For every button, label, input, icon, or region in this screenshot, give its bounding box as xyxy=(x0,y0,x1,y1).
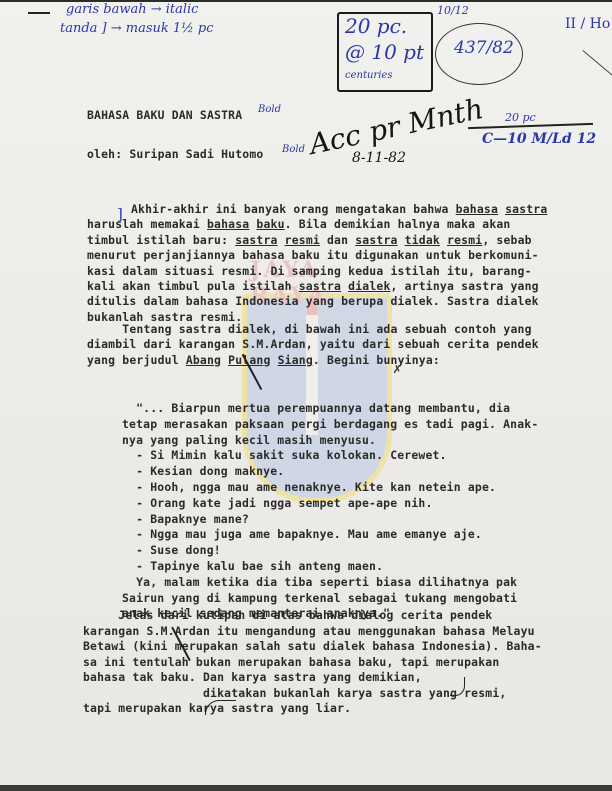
note-bracket-indent: tanda ] → masuk 1½ pc xyxy=(60,21,214,36)
text-line: - Ngga mau juga ame bapaknye. Mau ame em… xyxy=(122,527,482,541)
title-bold-note: Bold xyxy=(258,104,281,115)
text-line: - Suse dong! xyxy=(122,543,221,557)
text-line: - Tapinye kalu bae sih anteng maen. xyxy=(122,559,383,573)
text-line: Jelas dari kutipan di atas bahwa dialog … xyxy=(83,608,492,622)
text-line: sa ini tentulah bukan merupakan bahasa b… xyxy=(83,655,499,669)
underlined-term: resmi xyxy=(447,233,482,247)
correction-cross: ✗ xyxy=(393,361,401,377)
text-line: haruslah memakai bahasa baku. Bila demik… xyxy=(87,217,511,231)
underlined-term: bahasa xyxy=(207,217,249,231)
underlined-term: resmi xyxy=(285,233,320,247)
document-title: BAHASA BAKU DAN SASTRA xyxy=(87,108,242,122)
box-note-line1: 20 pc. xyxy=(345,14,407,38)
text-line: - Kesian dong maknye. xyxy=(122,464,284,478)
approval-date: 8-11-82 xyxy=(352,150,406,166)
text-line: bahasa tak baku. Dan karya sastra yang d… xyxy=(83,670,422,684)
text-line: Ya, malam ketika dia tiba seperti biasa … xyxy=(122,575,517,589)
underlined-term: baku xyxy=(256,217,284,231)
dash-mark xyxy=(28,12,50,14)
spec-top: 20 pc xyxy=(505,111,536,124)
text-line: timbul istilah baru: sastra resmi dan sa… xyxy=(87,233,532,247)
underlined-term: sastra xyxy=(505,202,547,216)
text-line: - Orang kate jadi ngga sempet ape-ape ni… xyxy=(122,496,433,510)
move-mark-open xyxy=(205,700,236,715)
text-line: yang berjudul Abang Pulang Siang. Begini… xyxy=(87,353,440,367)
note-underline-italic: garis bawah → italic xyxy=(66,2,198,17)
text-line: ditulis dalam bahasa Indonesia yang beru… xyxy=(87,294,539,308)
underlined-term: sastra xyxy=(299,279,341,293)
text-line: dikatakan bukanlah karya sastra yang res… xyxy=(83,686,506,700)
text-line: Akhir-akhir ini banyak orang mengatakan … xyxy=(131,202,547,216)
text-line: karangan S.M.Ardan itu mengandung atau m… xyxy=(83,624,535,638)
text-line: Sairun yang di kampung terkenal sebagai … xyxy=(122,591,517,605)
underlined-term: sastra xyxy=(235,233,277,247)
text-line: Tentang sastra dialek, di bawah ini ada … xyxy=(87,322,532,336)
text-line: nya yang paling kecil masih menyusu. xyxy=(122,433,376,447)
underlined-term: sastra xyxy=(355,233,397,247)
text-line: kasi dalam situasi resmi. Di samping ked… xyxy=(87,264,532,278)
corner-mark: II / Ho xyxy=(565,16,610,32)
text-line: - Hooh, ngga mau ame nenaknye. Kite kan … xyxy=(122,480,496,494)
oval-number: 437/82 xyxy=(454,38,514,58)
text-line: diambil dari karangan S.M.Ardan, yaitu d… xyxy=(87,337,539,351)
box-note-line2: @ 10 pt xyxy=(345,40,424,64)
corner-line xyxy=(582,50,612,76)
text-line: menurut perjanjiannya bahasa baku itu di… xyxy=(87,248,539,262)
underlined-term: Siang xyxy=(278,353,313,367)
spec-bottom: C—10 M/Ld 12 xyxy=(482,131,596,147)
byline-bold-note: Bold xyxy=(282,144,305,155)
underlined-term: dialek xyxy=(348,279,390,293)
text-line: - Bapaknye mane? xyxy=(122,512,249,526)
box-note-line3: centuries xyxy=(345,70,392,81)
text-line: - Si Mimin kalu sakit suka kolokan. Cere… xyxy=(122,448,447,462)
text-line: Betawi (kini merupakan salah satu dialek… xyxy=(83,639,542,653)
underlined-term: Pulang xyxy=(228,353,270,367)
page-ref-note: 10/12 xyxy=(437,4,469,17)
typesetting-box-note: 20 pc. @ 10 pt centuries xyxy=(337,12,433,92)
underlined-term: Abang xyxy=(186,353,221,367)
text-line: tetap merasakan paksaan pergi berdagang … xyxy=(122,417,538,431)
scan-bottom-edge xyxy=(0,785,612,791)
document-byline: oleh: Suripan Sadi Hutomo xyxy=(87,147,263,161)
oval-number-note: 437/82 xyxy=(435,23,523,85)
scanned-page: JAYA RAYA garis bawah → italic tanda ] →… xyxy=(0,0,612,785)
underlined-term: tidak xyxy=(405,233,440,247)
text-line: "... Biarpun mertua perempuannya datang … xyxy=(122,401,510,415)
underlined-term: bahasa xyxy=(456,202,498,216)
text-line: kali akan timbul pula istilah sastra dia… xyxy=(87,279,539,293)
